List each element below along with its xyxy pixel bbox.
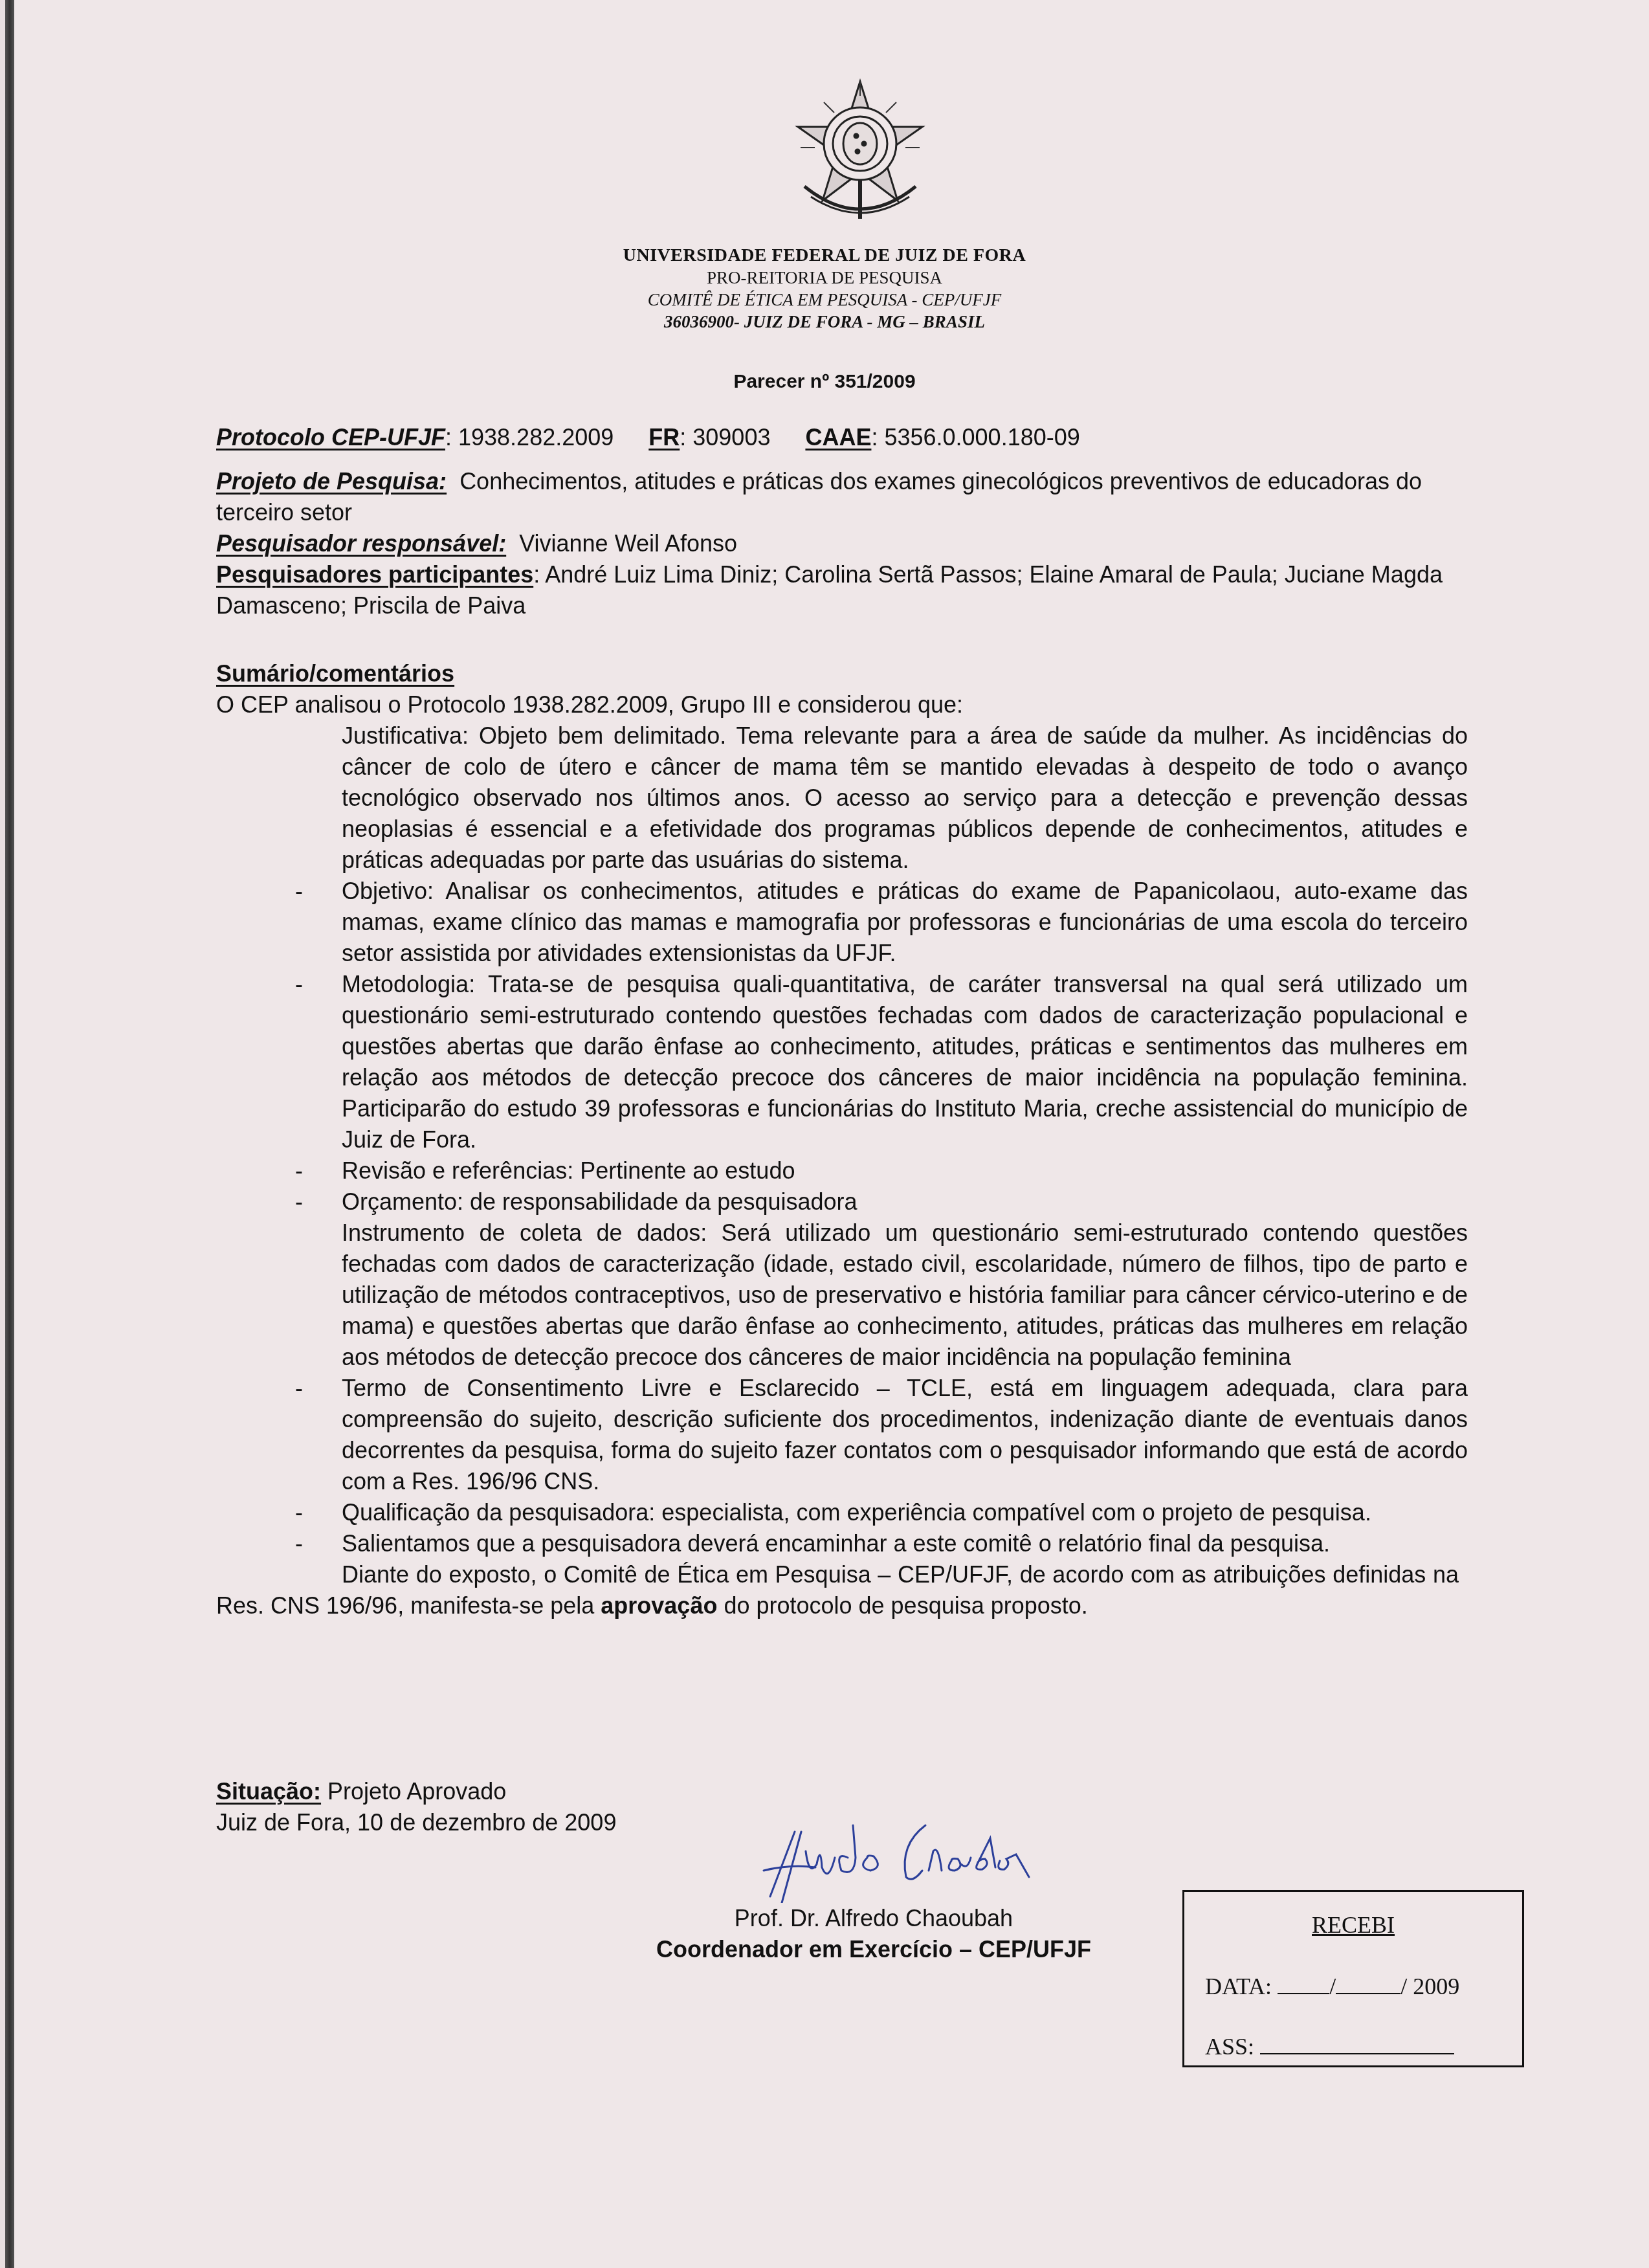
evaluation-item-text: Objetivo: Analisar os conhecimentos, ati…	[342, 878, 1468, 966]
receipt-month-blank[interactable]	[1336, 1975, 1400, 1994]
bullet-dash: -	[295, 1497, 303, 1528]
scan-margin	[0, 0, 5, 2268]
status-section: Situação: Projeto Aprovado Juiz de Fora,…	[216, 1776, 616, 1838]
institution-address: 36036900- JUIZ DE FORA - MG – BRASIL	[0, 311, 1649, 333]
bullet-dash: -	[295, 1155, 303, 1186]
protocol-line: Protocolo CEP-UFJF: 1938.282.2009FR: 309…	[216, 422, 1459, 453]
summary-intro: O CEP analisou o Protocolo 1938.282.2009…	[216, 689, 1459, 720]
protocol-label: Protocolo CEP-UFJF	[216, 424, 445, 450]
caae-value: 5356.0.000.180-09	[884, 424, 1079, 450]
institution-header: UNIVERSIDADE FEDERAL DE JUIZ DE FORA PRO…	[0, 245, 1649, 333]
handwritten-signature	[744, 1806, 1081, 1903]
evaluation-item: -Qualificação da pesquisadora: especiali…	[342, 1497, 1468, 1528]
evaluation-item: Instrumento de coleta de dados: Será uti…	[342, 1217, 1468, 1373]
receipt-date-field[interactable]: DATA: // 2009	[1205, 1973, 1459, 2000]
evaluation-item-text: Orçamento: de responsabilidade da pesqui…	[342, 1188, 858, 1215]
fr-label: FR	[648, 424, 680, 450]
evaluation-item: -Salientamos que a pesquisadora deverá e…	[342, 1528, 1468, 1559]
receipt-day-blank[interactable]	[1278, 1975, 1329, 1994]
justificativa-paragraph: Justificativa: Objeto bem delimitado. Te…	[342, 720, 1468, 876]
summary-section: Sumário/comentários O CEP analisou o Pro…	[216, 658, 1459, 1621]
responsible-researcher: Vivianne Weil Afonso	[519, 530, 737, 557]
status-value: Projeto Aprovado	[321, 1778, 506, 1805]
receipt-signature-field[interactable]: ASS:	[1205, 2033, 1454, 2060]
status-label: Situação:	[216, 1778, 321, 1805]
summary-heading: Sumário/comentários	[216, 660, 454, 687]
parecer-number: Parecer nº 351/2009	[0, 371, 1649, 393]
place-date: Juiz de Fora, 10 de dezembro de 2009	[216, 1807, 616, 1838]
project-metadata: Projeto de Pesquisa: Conhecimentos, atit…	[216, 466, 1459, 621]
signatory-name: Prof. Dr. Alfredo Chaoubah	[582, 1903, 1165, 1934]
participants-label: Pesquisadores participantes	[216, 561, 533, 588]
evaluation-item-text: Metodologia: Trata-se de pesquisa quali-…	[342, 971, 1468, 1153]
evaluation-item: -Termo de Consentimento Livre e Esclarec…	[342, 1373, 1468, 1497]
protocol-value: 1938.282.2009	[458, 424, 614, 450]
evaluation-item: -Revisão e referências: Pertinente ao es…	[342, 1155, 1468, 1186]
evaluation-item-text: Termo de Consentimento Livre e Esclareci…	[342, 1375, 1468, 1495]
department-name: PRO-REITORIA DE PESQUISA	[0, 267, 1649, 289]
approval-word: aprovação	[601, 1592, 717, 1619]
signatory-role: Coordenador em Exercício – CEP/UFJF	[582, 1934, 1165, 1965]
evaluation-item-text: Instrumento de coleta de dados: Será uti…	[342, 1219, 1468, 1370]
evaluation-item-text: Salientamos que a pesquisadora deverá en…	[342, 1530, 1330, 1557]
bullet-dash: -	[295, 969, 303, 1000]
evaluation-item: -Orçamento: de responsabilidade da pesqu…	[342, 1186, 1468, 1217]
summary-items: Justificativa: Objeto bem delimitado. Te…	[342, 720, 1468, 1559]
caae-label: CAAE	[805, 424, 871, 450]
bullet-dash: -	[295, 1186, 303, 1217]
responsible-label: Pesquisador responsável:	[216, 530, 506, 557]
closing-paragraph: Diante do exposto, o Comitê de Ética em …	[216, 1559, 1459, 1621]
bullet-dash: -	[295, 876, 303, 907]
receipt-stamp-box: RECEBI DATA: // 2009 ASS:	[1182, 1890, 1524, 2067]
bullet-dash: -	[295, 1528, 303, 1559]
evaluation-item-text: Qualificação da pesquisadora: especialis…	[342, 1499, 1371, 1526]
project-title-label: Projeto de Pesquisa:	[216, 468, 447, 495]
evaluation-item: -Metodologia: Trata-se de pesquisa quali…	[342, 969, 1468, 1155]
receipt-title: RECEBI	[1184, 1911, 1522, 1939]
receipt-year: / 2009	[1400, 1973, 1459, 1999]
signatory-block: Prof. Dr. Alfredo Chaoubah Coordenador e…	[582, 1903, 1165, 1965]
committee-name: COMITÊ DE ÉTICA EM PESQUISA - CEP/UFJF	[0, 289, 1649, 311]
evaluation-item-text: Revisão e referências: Pertinente ao est…	[342, 1157, 795, 1184]
brazil-coat-of-arms-icon	[785, 76, 935, 227]
evaluation-item: -Objetivo: Analisar os conhecimentos, at…	[342, 876, 1468, 969]
bullet-dash: -	[295, 1373, 303, 1404]
scan-binding-edge	[5, 0, 14, 2268]
receipt-signature-blank[interactable]	[1260, 2035, 1454, 2054]
evaluation-list: -Objetivo: Analisar os conhecimentos, at…	[342, 876, 1468, 1559]
fr-value: 309003	[692, 424, 770, 450]
university-name: UNIVERSIDADE FEDERAL DE JUIZ DE FORA	[0, 245, 1649, 267]
